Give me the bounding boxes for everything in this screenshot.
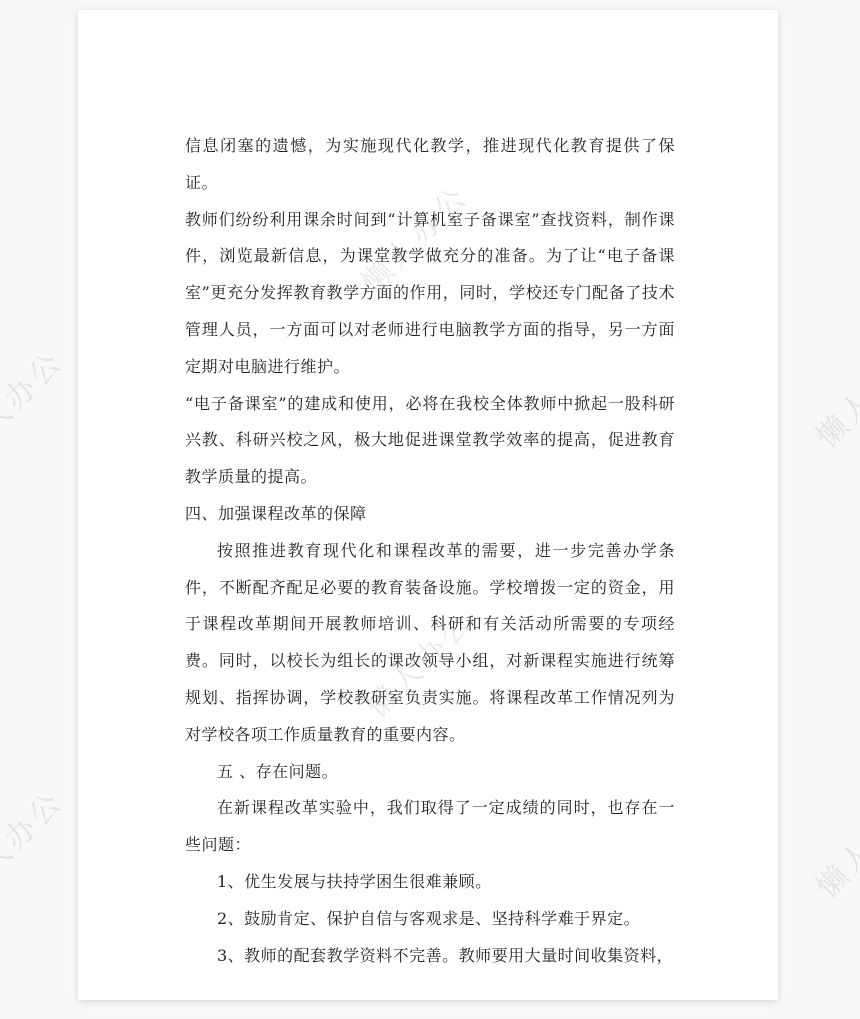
document-body: 信息闭塞的遗憾，为实施现代化教学，推进现代化教育提供了保证。 教师们纷纷利用课余… [185, 128, 675, 974]
watermark: 懒人办公 [0, 338, 72, 465]
paragraph: 按照推进教育现代化和课程改革的需要，进一步完善办学条件，不断配齐配足必要的教育装… [185, 533, 675, 754]
watermark: 懒人办公 [0, 778, 72, 905]
list-item: 2、鼓励肯定、保护自信与客观求是、坚持科学难于界定。 [185, 901, 675, 938]
watermark: 懒人办公 [804, 328, 860, 455]
list-item: 1、优生发展与扶持学困生很难兼顾。 [185, 864, 675, 901]
document-page: 信息闭塞的遗憾，为实施现代化教学，推进现代化教育提供了保证。 教师们纷纷利用课余… [78, 10, 778, 1000]
paragraph: 教师们纷纷利用课余时间到“计算机室子备课室”查找资料，制作课件，浏览最新信息，为… [185, 202, 675, 386]
section-heading: 四、加强课程改革的保障 [185, 496, 675, 533]
paragraph: 信息闭塞的遗憾，为实施现代化教学，推进现代化教育提供了保证。 [185, 128, 675, 202]
paragraph: “电子备课室”的建成和使用，必将在我校全体教师中掀起一股科研兴教、科研兴校之风，… [185, 386, 675, 496]
watermark: 懒人办公 [804, 778, 860, 905]
section-heading: 五 、存在问题。 [185, 754, 675, 791]
list-item: 3、教师的配套教学资料不完善。教师要用大量时间收集资料， [185, 938, 675, 975]
paragraph: 在新课程改革实验中，我们取得了一定成绩的同时，也存在一些问题： [185, 790, 675, 864]
